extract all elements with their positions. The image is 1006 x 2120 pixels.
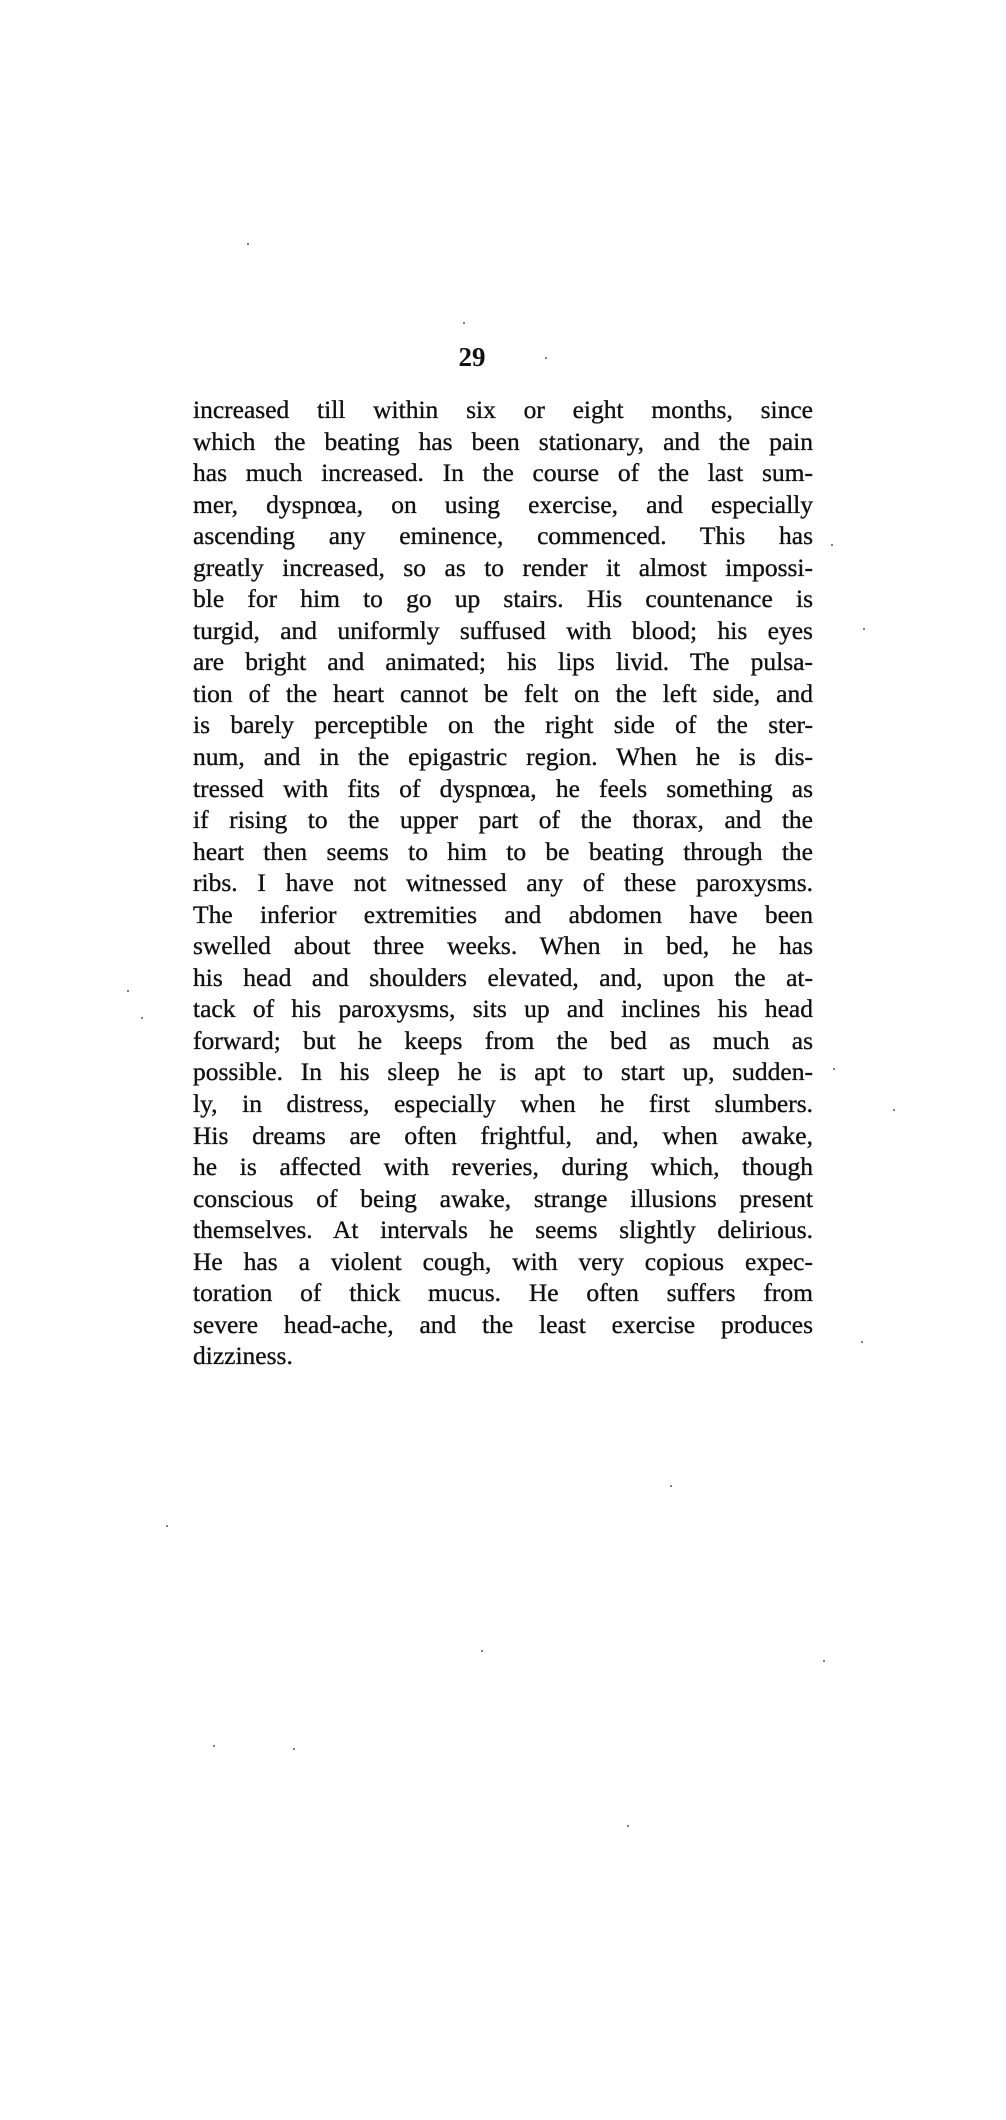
text-line: themselves. At intervals he seems slight…: [193, 1214, 813, 1246]
scan-speck: [166, 1525, 168, 1527]
text-line: he is affected with reveries, during whi…: [193, 1151, 813, 1183]
scan-speck: [481, 1650, 483, 1652]
scan-speck: [127, 990, 129, 992]
scan-speck: [893, 1109, 895, 1111]
scan-speck: [627, 1825, 629, 1827]
scan-speck: [833, 1068, 835, 1070]
text-line: greatly increased, so as to render it al…: [193, 552, 813, 584]
text-line: He has a violent cough, with very copiou…: [193, 1246, 813, 1278]
text-line: possible. In his sleep he is apt to star…: [193, 1056, 813, 1088]
text-line: his head and shoulders elevated, and, up…: [193, 962, 813, 994]
text-line: toration of thick mucus. He often suffer…: [193, 1277, 813, 1309]
text-line: tressed with fits of dyspnœa, he feels s…: [193, 773, 813, 805]
text-line: tion of the heart cannot be felt on the …: [193, 678, 813, 710]
text-line: ribs. I have not witnessed any of these …: [193, 867, 813, 899]
text-line: heart then seems to him to be beating th…: [193, 836, 813, 868]
text-line: swelled about three weeks. When in bed, …: [193, 930, 813, 962]
scan-speck: [831, 544, 833, 546]
text-line: increased till within six or eight month…: [193, 394, 813, 426]
text-line: forward; but he keeps from the bed as mu…: [193, 1025, 813, 1057]
text-line: ble for him to go up stairs. His counten…: [193, 583, 813, 615]
text-line: is barely perceptible on the right side …: [193, 709, 813, 741]
text-line: severe head-ache, and the least exercise…: [193, 1309, 813, 1341]
text-line: The inferior extremities and abdomen hav…: [193, 899, 813, 931]
text-line: num, and in the epigastric region. When …: [193, 741, 813, 773]
text-line: conscious of being awake, strange illusi…: [193, 1183, 813, 1215]
scan-speck: [863, 628, 865, 630]
text-line: tack of his paroxysms, sits up and incli…: [193, 993, 813, 1025]
text-line: His dreams are often frightful, and, whe…: [193, 1120, 813, 1152]
text-line: are bright and animated; his lips livid.…: [193, 646, 813, 678]
scan-speck: [823, 1660, 825, 1662]
body-text: increased till within six or eight month…: [193, 394, 813, 1372]
text-line: which the beating has been stationary, a…: [193, 426, 813, 458]
page-number: 29: [452, 342, 492, 372]
scan-speck: [213, 1745, 215, 1747]
text-line: ly, in distress, especially when he firs…: [193, 1088, 813, 1120]
scan-speck: [463, 322, 465, 324]
scan-speck: [861, 1341, 863, 1343]
text-line: has much increased. In the course of the…: [193, 457, 813, 489]
scan-speck: [670, 1485, 672, 1487]
scan-speck: [247, 243, 249, 245]
text-line: ascending any eminence, commenced. This …: [193, 520, 813, 552]
text-line: if rising to the upper part of the thora…: [193, 804, 813, 836]
scan-speck: [293, 1748, 295, 1750]
text-line: dizziness.: [193, 1340, 813, 1372]
scan-speck: [141, 1017, 143, 1019]
text-line: mer, dyspnœa, on using exercise, and esp…: [193, 489, 813, 521]
scan-speck: [545, 357, 547, 359]
text-line: turgid, and uniformly suffused with bloo…: [193, 615, 813, 647]
